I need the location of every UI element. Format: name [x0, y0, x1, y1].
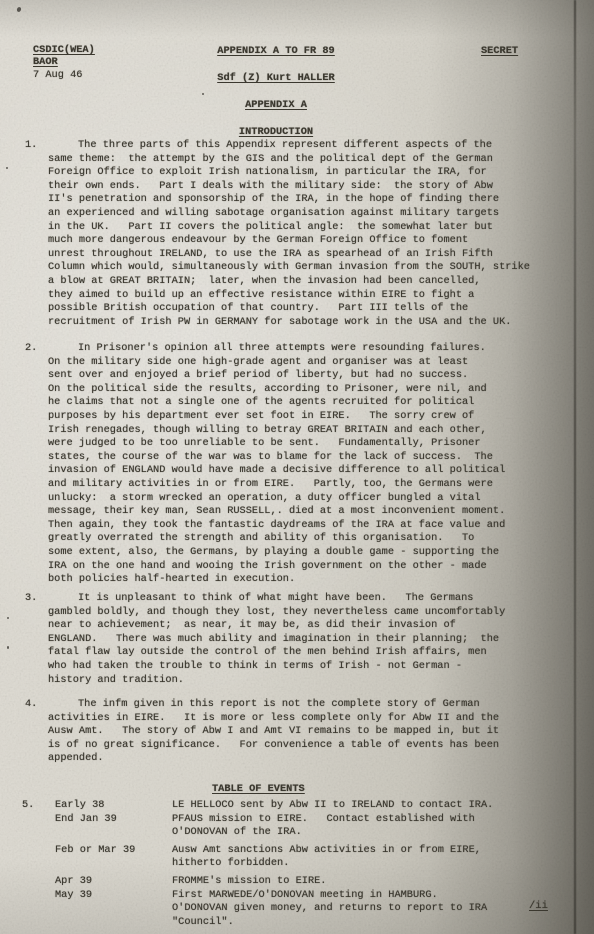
section-title: INTRODUCTION	[166, 126, 386, 139]
event-description: Ausw Amt sanctions Abw activities in or …	[172, 844, 572, 871]
ink-speck	[16, 6, 22, 12]
paragraph-number: 4.	[25, 698, 48, 766]
appendix-title: APPENDIX A	[166, 99, 386, 112]
table-of-events-title: TABLE OF EVENTS	[212, 783, 305, 795]
paragraph-text: In Prisoner's opinion all three attempts…	[48, 342, 548, 587]
photo-crease-line	[574, 0, 576, 934]
document-date: 7 Aug 46	[33, 69, 95, 81]
event-date: Feb or Mar 39	[55, 844, 172, 871]
event-row: End Jan 39 PFAUS mission to EIRE. Contac…	[55, 813, 575, 840]
paragraph-4: 4. The infm given in this report is not …	[25, 698, 548, 766]
paragraph-2: 2. In Prisoner's opinion all three attem…	[25, 342, 548, 587]
header-left-block: CSDIC(WEA) BAOR 7 Aug 46	[33, 44, 95, 81]
ink-speck	[7, 646, 9, 649]
ink-speck	[7, 617, 9, 619]
paragraph-number: 5.	[22, 799, 55, 929]
paragraph-3: 3. It is unpleasant to think of what mig…	[25, 592, 548, 687]
paragraph-number: 1.	[25, 139, 48, 329]
paragraph-text: The three parts of this Appendix represe…	[48, 139, 548, 329]
paragraph-number: 3.	[25, 592, 48, 687]
event-description: First MARWEDE/O'DONOVAN meeting in HAMBU…	[172, 889, 572, 930]
issuing-command: BAOR	[33, 56, 95, 68]
paragraph-text: It is unpleasant to think of what might …	[48, 592, 548, 687]
event-row: May 39 First MARWEDE/O'DONOVAN meeting i…	[55, 889, 575, 930]
event-description: PFAUS mission to EIRE. Contact establish…	[172, 813, 572, 840]
issuing-unit: CSDIC(WEA)	[33, 44, 95, 56]
document-page: CSDIC(WEA) BAOR 7 Aug 46 APPENDIX A TO F…	[0, 0, 594, 934]
paragraph-text: The infm given in this report is not the…	[48, 698, 548, 766]
paragraph-number: 2.	[25, 342, 48, 587]
event-row: Feb or Mar 39 Ausw Amt sanctions Abw act…	[55, 844, 575, 871]
event-date: May 39	[55, 889, 172, 930]
events-rows: Early 38 LE HELLOCO sent by Abw II to IR…	[55, 799, 575, 929]
event-date: Apr 39	[55, 875, 172, 889]
event-description: FROMME's mission to EIRE.	[172, 875, 572, 889]
event-date: Early 38	[55, 799, 172, 813]
event-row: Early 38 LE HELLOCO sent by Abw II to IR…	[55, 799, 575, 813]
event-date: End Jan 39	[55, 813, 172, 840]
header-center-block: APPENDIX A TO FR 89 Sdf (Z) Kurt HALLER …	[166, 45, 386, 153]
continuation-page-marker: /ii	[529, 900, 548, 912]
classification-stamp: SECRET	[481, 45, 518, 57]
event-row: Apr 39 FROMME's mission to EIRE.	[55, 875, 575, 889]
table-of-events: 5. Early 38 LE HELLOCO sent by Abw II to…	[22, 799, 575, 929]
paragraph-1: 1. The three parts of this Appendix repr…	[25, 139, 548, 329]
appendix-reference: APPENDIX A TO FR 89	[166, 45, 386, 58]
ink-speck	[6, 167, 8, 169]
event-description: LE HELLOCO sent by Abw II to IRELAND to …	[172, 799, 572, 813]
subject-name: Sdf (Z) Kurt HALLER	[166, 72, 386, 85]
